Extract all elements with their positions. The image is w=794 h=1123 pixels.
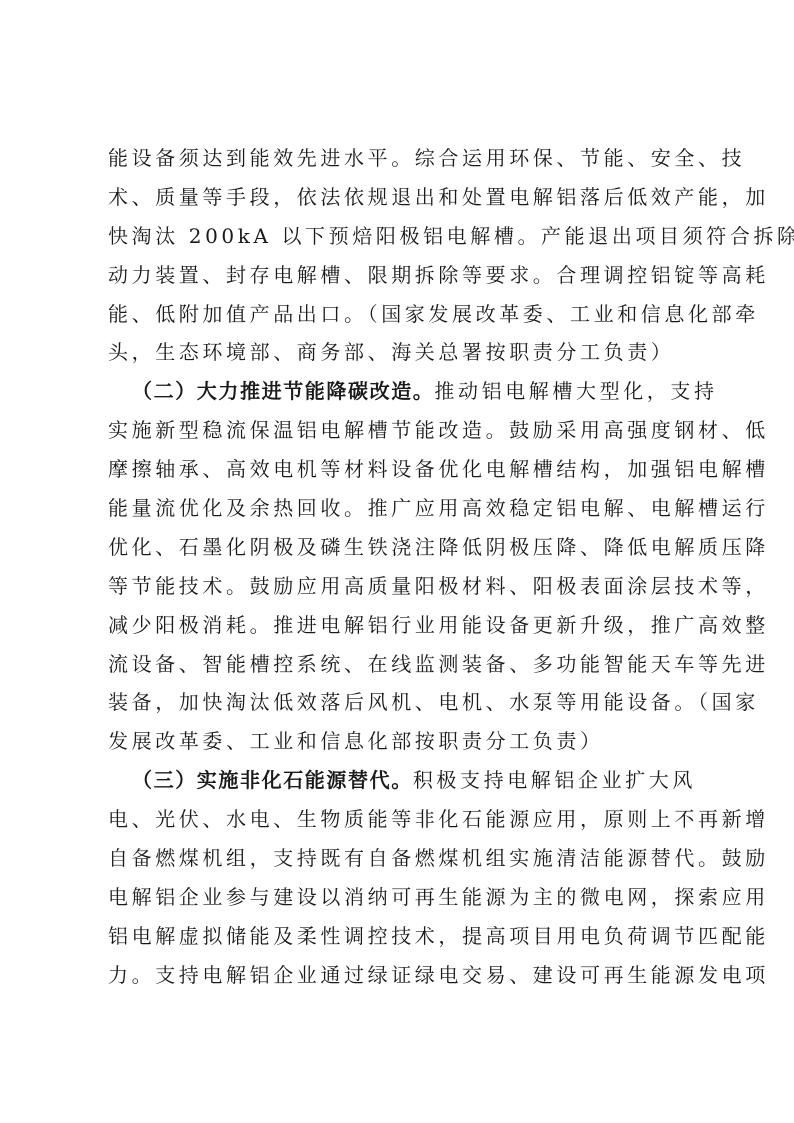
text-line: 术、质量等手段，依法依规退出和处置电解铝落后低效产能，加 — [108, 178, 688, 217]
text-line: 头，生态环境部、商务部、海关总署按职责分工负责） — [108, 333, 688, 372]
section-first-line-text: 推动铝电解槽大型化，支持 — [434, 379, 717, 403]
text-line: 电、光伏、水电、生物质能等非化石能源应用，原则上不再新增 — [108, 800, 688, 839]
text-line: 减少阳极消耗。推进电解铝行业用能设备更新升级，推广高效整 — [108, 606, 688, 645]
text-line: 能量流优化及余热回收。推广应用高效稳定铝电解、电解槽运行 — [108, 489, 688, 528]
section-first-line-text: 积极支持电解铝企业扩大风 — [413, 768, 696, 792]
text-line: 力。支持电解铝企业通过绿证绿电交易、建设可再生能源发电项 — [108, 956, 688, 995]
paragraph-section-2: （二）大力推进节能降碳改造。推动铝电解槽大型化，支持 实施新型稳流保温铝电解槽节… — [108, 372, 688, 761]
text-line: 自备燃煤机组，支持既有自备燃煤机组实施清洁能源替代。鼓励 — [108, 839, 688, 878]
text-line: 优化、石墨化阴极及磷生铁浇注降低阴极压降、降低电解质压降 — [108, 528, 688, 567]
text-line: 能、低附加值产品出口。（国家发展改革委、工业和信息化部牵 — [108, 295, 688, 334]
text-line: 装备，加快淘汰低效落后风机、电机、水泵等用能设备。（国家 — [108, 683, 688, 722]
text-line: 流设备、智能槽控系统、在线监测装备、多功能智能天车等先进 — [108, 645, 688, 684]
text-line: 实施新型稳流保温铝电解槽节能改造。鼓励采用高强度钢材、低 — [108, 411, 688, 450]
text-line: 快淘汰 200kA 以下预焙阳极铝电解槽。产能退出项目须符合拆除 — [108, 217, 688, 256]
paragraph-section-3: （三）实施非化石能源替代。积极支持电解铝企业扩大风 电、光伏、水电、生物质能等非… — [108, 761, 688, 994]
section-heading: （三）实施非化石能源替代。 — [132, 768, 413, 792]
text-line: 发展改革委、工业和信息化部按职责分工负责） — [108, 722, 688, 761]
text-line: 能设备须达到能效先进水平。综合运用环保、节能、安全、技 — [108, 139, 688, 178]
text-line: 摩擦轴承、高效电机等材料设备优化电解槽结构，加强铝电解槽 — [108, 450, 688, 489]
paragraph-continued: 能设备须达到能效先进水平。综合运用环保、节能、安全、技 术、质量等手段，依法依规… — [108, 139, 688, 372]
section-first-line: （二）大力推进节能降碳改造。推动铝电解槽大型化，支持 — [108, 372, 688, 411]
section-heading: （二）大力推进节能降碳改造。 — [132, 379, 434, 403]
text-line: 铝电解虚拟储能及柔性调控技术，提高项目用电负荷调节匹配能 — [108, 917, 688, 956]
section-first-line: （三）实施非化石能源替代。积极支持电解铝企业扩大风 — [108, 761, 688, 800]
text-line: 电解铝企业参与建设以消纳可再生能源为主的微电网，探索应用 — [108, 878, 688, 917]
text-line: 等节能技术。鼓励应用高质量阳极材料、阳极表面涂层技术等， — [108, 567, 688, 606]
text-line: 动力装置、封存电解槽、限期拆除等要求。合理调控铝锭等高耗 — [108, 256, 688, 295]
document-page: 能设备须达到能效先进水平。综合运用环保、节能、安全、技 术、质量等手段，依法依规… — [108, 139, 688, 995]
